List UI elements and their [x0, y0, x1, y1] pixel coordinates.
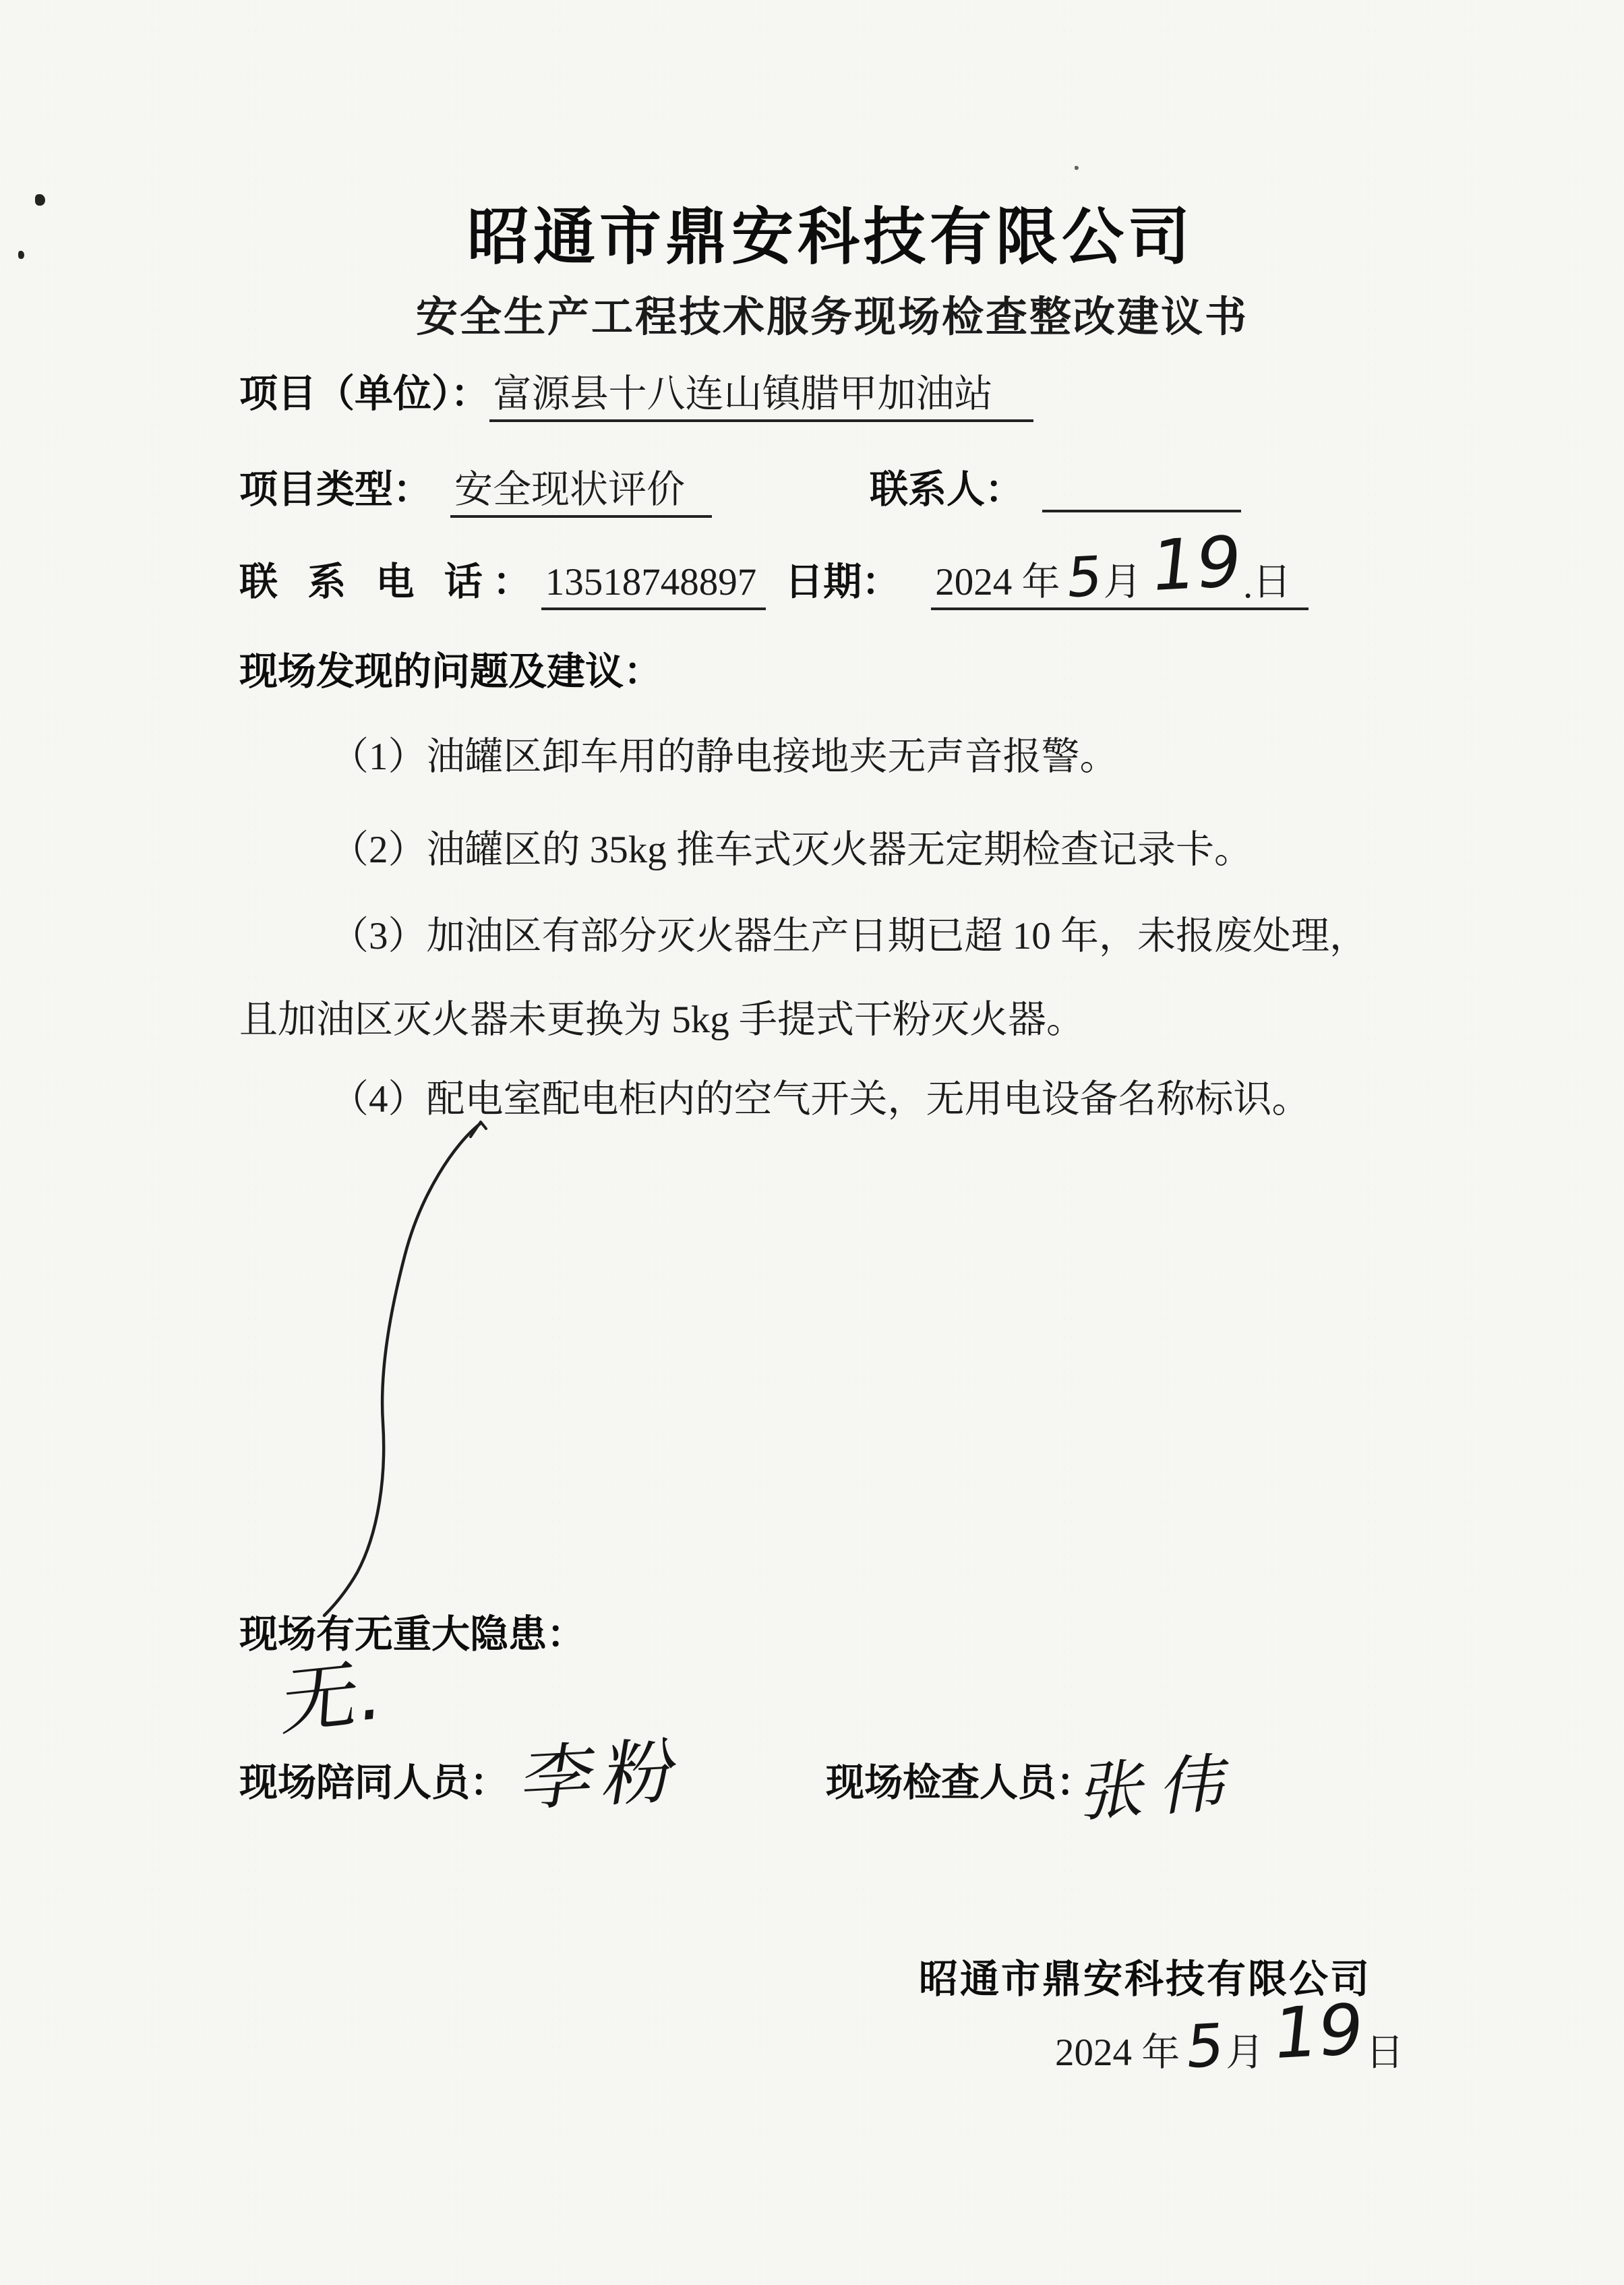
footer-date: 2024 年5月19日	[1055, 2021, 1404, 2077]
contact-group: 联系人：	[870, 468, 1241, 512]
phone-date-row: 联 系 电 话：13518748897日期：2024 年5月19.日	[239, 552, 1309, 605]
finding-item-2: （2）油罐区的 35kg 推车式灭火器无定期检查记录卡。	[330, 829, 1253, 872]
footer-handwritten-month: 5	[1184, 2026, 1226, 2067]
type-contact-row: 项目类型：安全现状评价 联系人：	[239, 468, 712, 512]
inspector-group: 现场检查人员：	[826, 1761, 1095, 1806]
footer-year-suffix: 年	[1141, 2031, 1180, 2074]
accompany-group: 现场陪同人员：	[239, 1761, 508, 1806]
date-label: 日期：	[785, 561, 900, 603]
ink-speck	[1075, 166, 1079, 170]
handwritten-day: 19	[1149, 543, 1242, 586]
scanned-document-page: 昭通市鼎安科技有限公司 安全生产工程技术服务现场检查整改建议书 项目（单位）：富…	[0, 0, 1624, 2285]
contact-label: 联系人：	[870, 469, 1023, 511]
year-suffix: 年	[1022, 561, 1060, 603]
handwritten-hazard-answer: 无.	[278, 1632, 387, 1751]
accompany-label: 现场陪同人员：	[239, 1761, 508, 1804]
inspector-label: 现场检查人员：	[826, 1761, 1095, 1804]
company-title: 昭通市鼎安科技有限公司	[0, 187, 1624, 276]
project-type-value: 安全现状评价	[450, 469, 712, 518]
phone-label: 联 系 电 话：	[239, 561, 541, 603]
finding-item-1: （1）油罐区卸车用的静电接地夹无声音报警。	[330, 736, 1118, 779]
handwritten-pen-stroke	[283, 1099, 512, 1632]
date-year: 2024	[935, 561, 1012, 603]
footer-date-year: 2024	[1055, 2031, 1132, 2074]
footer-month-suffix: 月	[1226, 2031, 1264, 2074]
footer-day-suffix: 日	[1366, 2031, 1404, 2074]
day-dot: .	[1243, 564, 1253, 606]
project-type-label: 项目类型：	[239, 469, 431, 511]
finding-item-3-continued: 且加油区灭火器未更换为 5kg 手提式干粉灭火器。	[239, 999, 1085, 1042]
document-title: 安全生产工程技术服务现场检查整改建议书	[0, 283, 1624, 343]
finding-item-3: （3）加油区有部分灭火器生产日期已超 10 年，未报废处理，	[330, 916, 1368, 958]
handwritten-inspector-signature: 张伟	[1075, 1731, 1253, 1834]
date-group: 2024 年5月19.日	[931, 561, 1309, 610]
project-value: 富源县十八连山镇腊甲加油站	[489, 373, 1033, 422]
day-suffix: 日	[1253, 561, 1291, 603]
findings-heading: 现场发现的问题及建议：	[239, 641, 662, 696]
project-label: 项目（单位）：	[239, 373, 489, 415]
handwritten-month: 5	[1064, 558, 1104, 598]
footer-handwritten-day: 19	[1271, 2011, 1365, 2054]
project-row: 项目（单位）：富源县十八连山镇腊甲加油站	[239, 372, 1033, 417]
handwritten-accompany-signature: 李粉	[516, 1714, 696, 1824]
contact-blank-line	[1042, 471, 1241, 512]
phone-value: 13518748897	[541, 561, 766, 610]
month-suffix: 月	[1104, 561, 1142, 603]
